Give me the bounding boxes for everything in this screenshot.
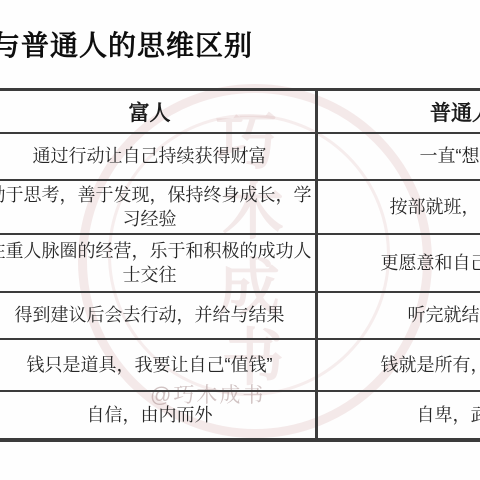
cell-rich: 得到建议后会去行动，并给与结果	[0, 293, 318, 338]
cell-text: 钱就是所有，我要让	[381, 353, 480, 377]
cell-text: 一直“想”挣	[420, 144, 480, 168]
cell-rich: 通过行动让自己持续获得财富	[0, 134, 318, 179]
header-cell-rich: 富人	[0, 91, 318, 132]
cell-ordinary: 按部就班，机械化	[318, 181, 480, 233]
cell-text: 自信，由内而外	[87, 403, 213, 427]
table-row: 自信，由内而外 自卑，武装	[0, 392, 480, 442]
table-row: 得到建议后会去行动，并给与结果 听完就结束，	[0, 293, 480, 340]
cell-ordinary: 钱就是所有，我要让	[318, 340, 480, 390]
cell-text: 更愿意和自己水平差	[381, 251, 480, 275]
cell-ordinary: 自卑，武装	[318, 392, 480, 438]
cell-text: 自卑，武装	[417, 403, 480, 427]
table-row: 通过行动让自己持续获得财富 一直“想”挣	[0, 134, 480, 181]
cell-rich: 自信，由内而外	[0, 392, 318, 438]
page-title: 与普通人的思维区别	[0, 24, 253, 64]
header-label-rich: 富人	[129, 97, 171, 127]
comparison-table: 富人 普通人 通过行动让自己持续获得财富 一直“想”挣 勤于思考，善于发现，保持…	[0, 88, 480, 442]
table-header-row: 富人 普通人	[0, 91, 480, 134]
cell-text: 勤于思考，善于发现，保持终身成长，学 习经验	[0, 183, 312, 232]
table-row: 钱只是道具，我要让自己“值钱” 钱就是所有，我要让	[0, 340, 480, 392]
cell-text: 注重人脉圈的经营，乐于和积极的成功人 士交往	[0, 239, 312, 288]
cell-text: 听完就结束，	[408, 303, 480, 327]
cell-text: 钱只是道具，我要让自己“值钱”	[27, 353, 273, 377]
cell-rich: 注重人脉圈的经营，乐于和积极的成功人 士交往	[0, 235, 318, 291]
cell-rich: 勤于思考，善于发现，保持终身成长，学 习经验	[0, 181, 318, 233]
header-label-ordinary: 普通人	[430, 97, 480, 127]
header-cell-ordinary: 普通人	[318, 91, 480, 132]
table-row: 勤于思考，善于发现，保持终身成长，学 习经验 按部就班，机械化	[0, 181, 480, 235]
cell-ordinary: 听完就结束，	[318, 293, 480, 338]
cell-text: 按部就班，机械化	[390, 195, 480, 219]
cell-ordinary: 一直“想”挣	[318, 134, 480, 179]
table-row: 注重人脉圈的经营，乐于和积极的成功人 士交往 更愿意和自己水平差	[0, 235, 480, 293]
page: 巧 木 成 书 @巧木成书 与普通人的思维区别 富人 普通人 通过行动让自己持续…	[0, 0, 480, 480]
cell-text: 通过行动让自己持续获得财富	[33, 144, 267, 168]
cell-rich: 钱只是道具，我要让自己“值钱”	[0, 340, 318, 390]
cell-text: 得到建议后会去行动，并给与结果	[15, 303, 285, 327]
cell-ordinary: 更愿意和自己水平差	[318, 235, 480, 291]
